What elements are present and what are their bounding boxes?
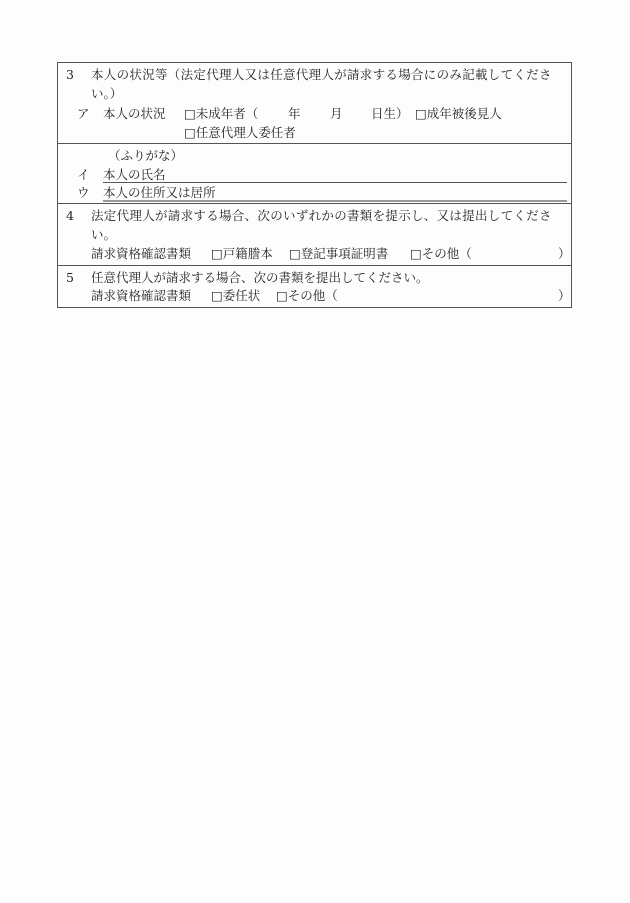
request-form-table: 3 本人の状況等（法定代理人又は任意代理人が請求する場合にのみ記載してくださ い… bbox=[57, 62, 572, 308]
other-4-close: ） bbox=[558, 246, 571, 262]
section-5-number: 5 bbox=[66, 270, 74, 286]
checkbox-adult-ward[interactable]: □成年被後見人 bbox=[415, 106, 502, 122]
section-3-identity-row: （ふりがな） イ 本人の氏名 ウ 本人の住所又は居所 bbox=[58, 144, 571, 204]
section-3-row: 3 本人の状況等（法定代理人又は任意代理人が請求する場合にのみ記載してくださ い… bbox=[58, 63, 571, 144]
other-5-close: ） bbox=[558, 288, 571, 304]
principal-name-field[interactable] bbox=[103, 182, 567, 183]
section-4-text-cont: い。 bbox=[91, 227, 116, 243]
section-4-text: 法定代理人が請求する場合、次のいずれかの書類を提示し、又は提出してくださ bbox=[91, 208, 552, 224]
item-a-label: 本人の状況 bbox=[103, 106, 166, 122]
section-5-row: 5 任意代理人が請求する場合、次の書類を提出してください。 請求資格確認書類 □… bbox=[58, 266, 571, 307]
checkbox-family-register[interactable]: □戸籍謄本 bbox=[211, 246, 273, 262]
principal-name-label: 本人の氏名 bbox=[103, 167, 166, 183]
checkbox-registry-certificate[interactable]: □登記事項証明書 bbox=[289, 246, 388, 262]
section-5-docs-label: 請求資格確認書類 bbox=[91, 288, 191, 304]
section-4-row: 4 法定代理人が請求する場合、次のいずれかの書類を提示し、又は提出してくださ い… bbox=[58, 204, 571, 266]
principal-address-field[interactable] bbox=[103, 200, 567, 202]
checkbox-minor[interactable]: □未成年者（ bbox=[184, 106, 258, 122]
item-i-marker: イ bbox=[77, 167, 90, 183]
section-5-text: 任意代理人が請求する場合、次の書類を提出してください。 bbox=[91, 270, 429, 286]
birth-year-label: 年 bbox=[288, 106, 301, 122]
principal-address-label: 本人の住所又は居所 bbox=[103, 185, 216, 201]
checkbox-principal[interactable]: □任意代理人委任者 bbox=[184, 125, 296, 141]
furigana-label: （ふりがな） bbox=[108, 148, 183, 164]
item-u-marker: ウ bbox=[77, 185, 90, 201]
checkbox-other-4[interactable]: □その他（ bbox=[410, 246, 472, 262]
birth-month-label: 月 bbox=[330, 106, 343, 122]
section-3-number: 3 bbox=[66, 67, 74, 83]
section-3-title: 本人の状況等（法定代理人又は任意代理人が請求する場合にのみ記載してくださ bbox=[91, 67, 552, 83]
section-3-title-cont: い。） bbox=[91, 86, 122, 102]
birth-day-label: 日生） bbox=[371, 106, 409, 122]
item-a-marker: ア bbox=[77, 106, 90, 122]
section-4-number: 4 bbox=[66, 208, 74, 224]
checkbox-other-5[interactable]: □その他（ bbox=[276, 288, 338, 304]
section-4-docs-label: 請求資格確認書類 bbox=[91, 246, 191, 262]
checkbox-power-of-attorney[interactable]: □委任状 bbox=[211, 288, 260, 304]
